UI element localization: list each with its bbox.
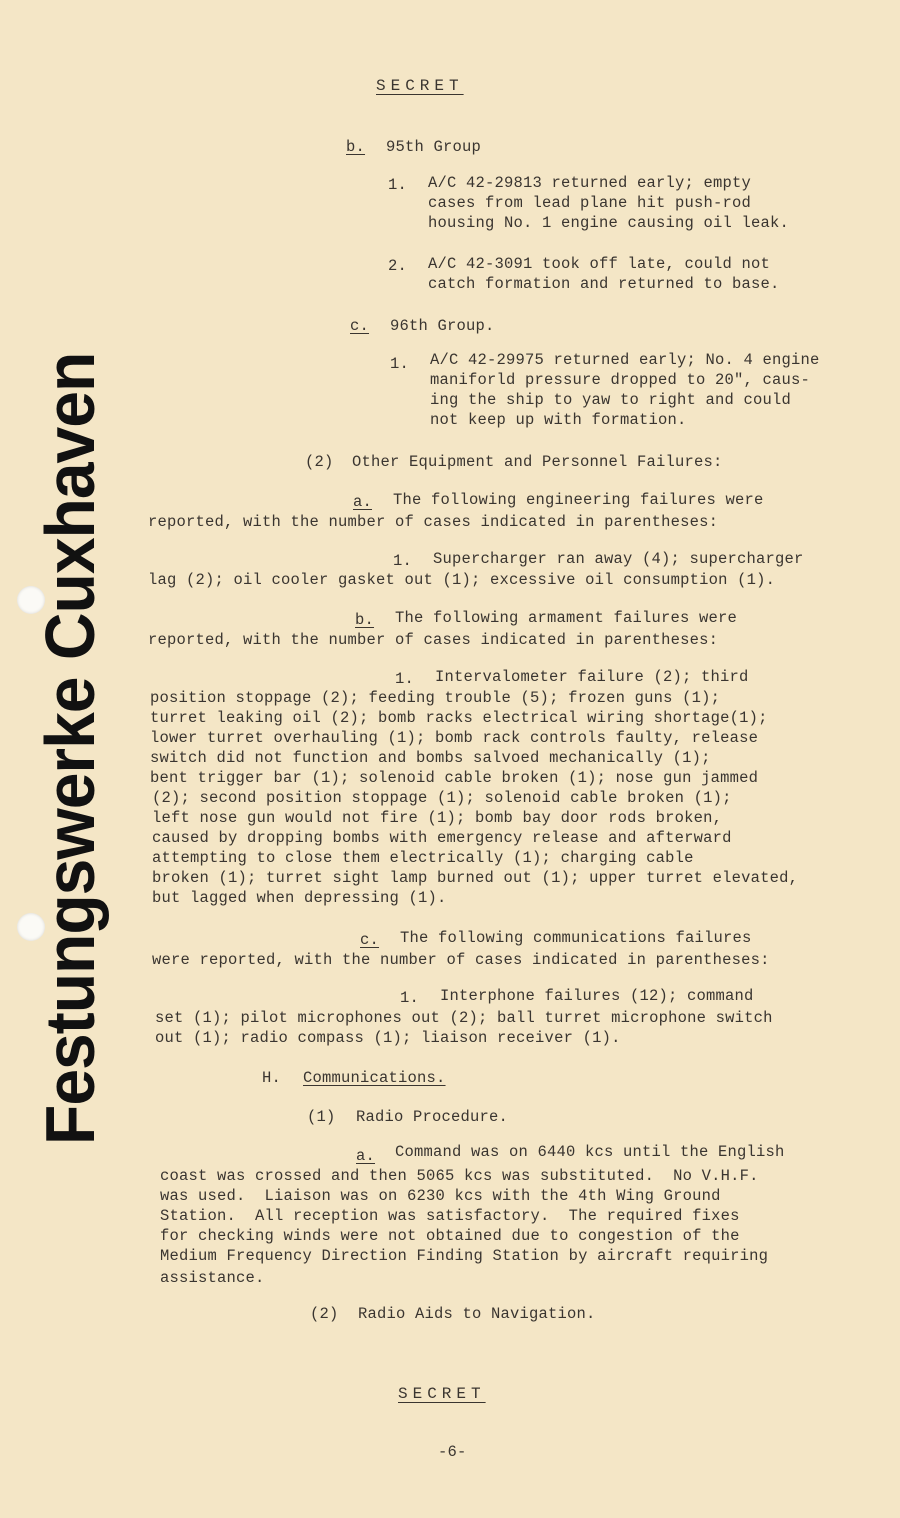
other-failures-title: Other Equipment and Personnel Failures: bbox=[352, 452, 723, 472]
radio-procedure-line: Command was on 6440 kcs until the Englis… bbox=[395, 1142, 785, 1162]
radio-procedure-line: for checking winds were not obtained due… bbox=[160, 1226, 740, 1246]
radio-procedure-line: was used. Liaison was on 6230 kcs with t… bbox=[160, 1186, 721, 1206]
armament-line: position stoppage (2); feeding trouble (… bbox=[150, 688, 720, 708]
radio-procedure-para-marker: a. bbox=[356, 1146, 375, 1166]
archive-watermark: Festungswerke Cuxhaven bbox=[30, 353, 110, 1145]
group95-item2-line: A/C 42-3091 took off late, could not bbox=[428, 254, 770, 274]
armament-marker: b. bbox=[355, 610, 374, 630]
radio-procedure-marker: (1) bbox=[307, 1107, 336, 1127]
radio-procedure-line: coast was crossed and then 5065 kcs was … bbox=[160, 1166, 759, 1186]
group95-item1-line: cases from lead plane hit push-rod bbox=[428, 193, 751, 213]
comms-failures-intro: The following communications failures bbox=[400, 928, 752, 948]
armament-intro: reported, with the number of cases indic… bbox=[148, 630, 718, 650]
engineering-line: Supercharger ran away (4); supercharger bbox=[433, 549, 804, 569]
footer-classification: SECRET bbox=[398, 1384, 486, 1404]
page-number: -6- bbox=[438, 1442, 467, 1462]
armament-line: switch did not function and bombs salvoe… bbox=[150, 748, 711, 768]
armament-line: lower turret overhauling (1); bomb rack … bbox=[150, 728, 758, 748]
engineering-marker: a. bbox=[353, 492, 372, 512]
group95-item1-line: A/C 42-29813 returned early; empty bbox=[428, 173, 751, 193]
comms-section-marker: H. bbox=[262, 1068, 281, 1088]
group96-item1-line: maniforld pressure dropped to 20", caus- bbox=[430, 370, 810, 390]
armament-line: turret leaking oil (2); bomb racks elect… bbox=[150, 708, 768, 728]
group95-item2-num: 2. bbox=[388, 256, 407, 276]
group96-item1-line: not keep up with formation. bbox=[430, 410, 687, 430]
group95-title: 95th Group bbox=[386, 137, 481, 157]
comms-failures-line: out (1); radio compass (1); liaison rece… bbox=[155, 1028, 621, 1048]
group95-marker: b. bbox=[346, 137, 365, 157]
comms-failures-item-num: 1. bbox=[400, 988, 419, 1008]
comms-failures-marker: c. bbox=[360, 930, 379, 950]
document-page: Festungswerke Cuxhaven SECRET b. 95th Gr… bbox=[0, 0, 900, 1518]
radio-procedure-line: Station. All reception was satisfactory.… bbox=[160, 1206, 740, 1226]
group95-item1-line: housing No. 1 engine causing oil leak. bbox=[428, 213, 789, 233]
armament-line: broken (1); turret sight lamp burned out… bbox=[152, 868, 798, 888]
armament-line: (2); second position stoppage (1); solen… bbox=[152, 788, 732, 808]
engineering-intro: reported, with the number of cases indic… bbox=[148, 512, 718, 532]
group95-item2-line: catch formation and returned to base. bbox=[428, 274, 780, 294]
engineering-intro: The following engineering failures were bbox=[393, 490, 764, 510]
armament-line: caused by dropping bombs with emergency … bbox=[152, 828, 732, 848]
group96-marker: c. bbox=[350, 316, 369, 336]
radio-aids-marker: (2) bbox=[310, 1304, 339, 1324]
radio-procedure-line: assistance. bbox=[160, 1268, 265, 1288]
armament-line: attempting to close them electrically (1… bbox=[152, 848, 694, 868]
group96-item1-line: A/C 42-29975 returned early; No. 4 engin… bbox=[430, 350, 820, 370]
armament-line: Intervalometer failure (2); third bbox=[435, 667, 749, 687]
armament-intro: The following armament failures were bbox=[395, 608, 737, 628]
radio-procedure-title: Radio Procedure. bbox=[356, 1107, 508, 1127]
group95-item1-num: 1. bbox=[388, 175, 407, 195]
comms-failures-line: Interphone failures (12); command bbox=[440, 986, 754, 1006]
group96-title: 96th Group. bbox=[390, 316, 495, 336]
header-classification: SECRET bbox=[376, 76, 464, 96]
comms-failures-intro: were reported, with the number of cases … bbox=[152, 950, 770, 970]
comms-section-title: Communications. bbox=[303, 1068, 446, 1088]
comms-failures-line: set (1); pilot microphones out (2); ball… bbox=[155, 1008, 773, 1028]
group96-item1-line: ing the ship to yaw to right and could bbox=[430, 390, 791, 410]
armament-line: bent trigger bar (1); solenoid cable bro… bbox=[150, 768, 758, 788]
armament-item-num: 1. bbox=[395, 669, 414, 689]
radio-aids-title: Radio Aids to Navigation. bbox=[358, 1304, 596, 1324]
group96-item1-num: 1. bbox=[390, 354, 409, 374]
other-failures-marker: (2) bbox=[305, 452, 334, 472]
engineering-line: lag (2); oil cooler gasket out (1); exce… bbox=[148, 570, 775, 590]
radio-procedure-line: Medium Frequency Direction Finding Stati… bbox=[160, 1246, 768, 1266]
engineering-item-num: 1. bbox=[393, 551, 412, 571]
armament-line: left nose gun would not fire (1); bomb b… bbox=[152, 808, 722, 828]
armament-line: but lagged when depressing (1). bbox=[152, 888, 447, 908]
